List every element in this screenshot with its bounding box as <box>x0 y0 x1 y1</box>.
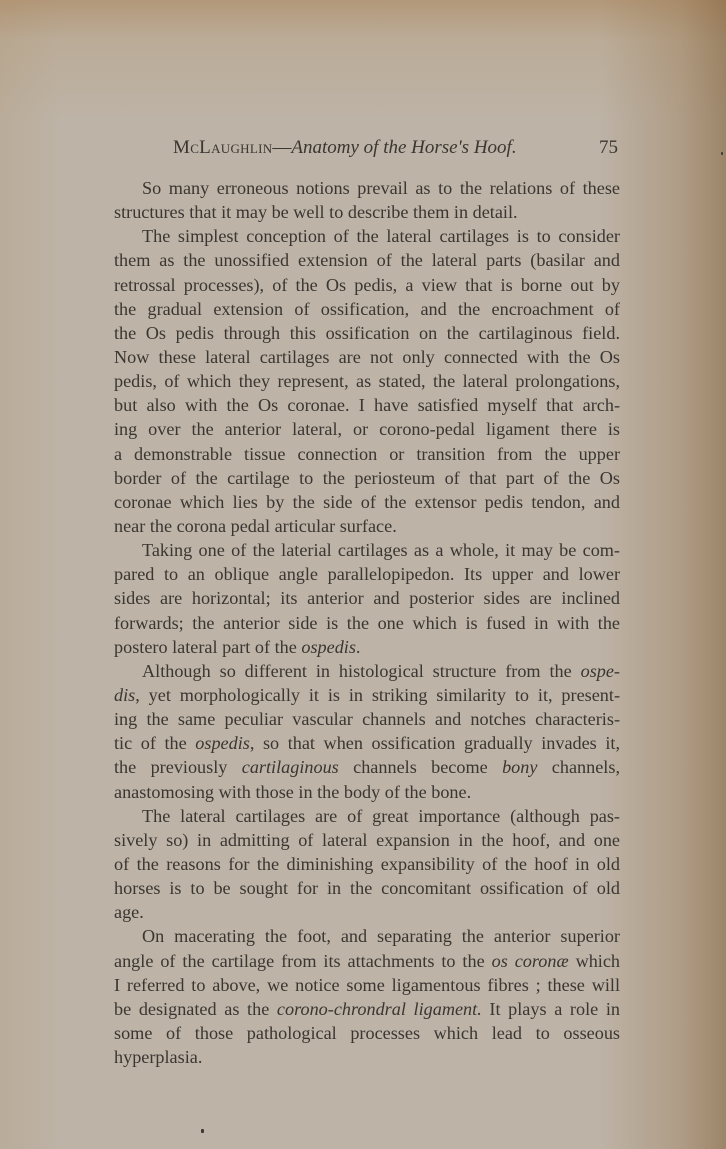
text-line: pared to an oblique angle parallelopiped… <box>114 562 620 586</box>
text-line: anastomosing with those in the body of t… <box>114 780 620 804</box>
page-body: So many erroneous notions prevail as to … <box>114 176 620 1069</box>
text-line: but also with the Os coronae. I have sat… <box>114 393 620 417</box>
text-line: hyperplasia. <box>114 1045 620 1069</box>
text-line: some of those pathological processes whi… <box>114 1021 620 1045</box>
italic-term: ospedis <box>301 637 356 657</box>
italic-term: os coronæ <box>492 951 569 971</box>
text-line: near the corona pedal articular surface. <box>114 514 620 538</box>
text-span: angle of the cartilage from its attachme… <box>114 951 492 971</box>
paragraph-5: The lateral cartilages are of great impo… <box>114 804 620 925</box>
text-line: Taking one of the laterial cartilages as… <box>114 538 620 562</box>
text-span: . <box>356 637 361 657</box>
text-span: tic of the <box>114 733 195 753</box>
text-line: coronae which lies by the side of the ex… <box>114 490 620 514</box>
ink-speck <box>721 152 723 155</box>
paragraph-4: Although so different in histological st… <box>114 659 620 804</box>
text-span: , so that when ossification gradually in… <box>250 733 620 753</box>
header-author: McLaughlin <box>173 137 272 158</box>
text-line: The simplest conception of the lateral c… <box>114 224 620 248</box>
text-span: channels become <box>339 757 502 777</box>
running-header: McLaughlin—Anatomy of the Horse's Hoof. … <box>173 136 618 160</box>
text-line: ing the same peculiar vascular channels … <box>114 707 620 731</box>
text-line: pedis, of which they represent, as state… <box>114 369 620 393</box>
paragraph-1: So many erroneous notions prevail as to … <box>114 176 620 224</box>
text-line: I referred to above, we notice some liga… <box>114 973 620 997</box>
text-line: border of the cartilage to the periosteu… <box>114 466 620 490</box>
text-span: , yet morphologically it is in striking … <box>135 685 620 705</box>
text-line: On macerating the foot, and separating t… <box>114 924 620 948</box>
text-line: be designated as the corono-chrondral li… <box>114 997 620 1021</box>
ink-speck <box>201 1129 204 1133</box>
header-dash: — <box>272 137 291 158</box>
text-span: be designated as the <box>114 999 277 1019</box>
italic-term: cartilaginous <box>242 757 339 777</box>
italic-term: dis <box>114 685 135 705</box>
text-span: channels, <box>537 757 620 777</box>
header-title: Anatomy of the Horse's Hoof. <box>291 137 516 158</box>
italic-term: ospe- <box>581 661 620 681</box>
text-line: the previously cartilaginous channels be… <box>114 755 620 779</box>
text-line: a demonstrable tissue connection or tran… <box>114 442 620 466</box>
text-line: postero lateral part of the ospedis. <box>114 635 620 659</box>
page-number: 75 <box>599 136 618 160</box>
paragraph-6: On macerating the foot, and separating t… <box>114 924 620 1069</box>
italic-term: ospedis <box>195 733 250 753</box>
text-line: The lateral cartilages are of great impo… <box>114 804 620 828</box>
book-page: McLaughlin—Anatomy of the Horse's Hoof. … <box>0 0 726 1149</box>
text-line: retrossal processes), of the Os pedis, a… <box>114 273 620 297</box>
text-line: tic of the ospedis, so that when ossific… <box>114 731 620 755</box>
paragraph-3: Taking one of the laterial cartilages as… <box>114 538 620 659</box>
text-line: dis, yet morphologically it is in striki… <box>114 683 620 707</box>
text-span: the previously <box>114 757 242 777</box>
text-line: age. <box>114 900 620 924</box>
text-line: ing over the anterior lateral, or corono… <box>114 417 620 441</box>
text-line: Although so different in histological st… <box>114 659 620 683</box>
italic-term: bony <box>502 757 537 777</box>
text-line: forwards; the anterior side is the one w… <box>114 611 620 635</box>
text-line: them as the unossified extension of the … <box>114 248 620 272</box>
text-line: So many erroneous notions prevail as to … <box>114 176 620 200</box>
text-span: postero lateral part of the <box>114 637 301 657</box>
paragraph-2: The simplest conception of the lateral c… <box>114 224 620 538</box>
text-line: the Os pedis through this ossification o… <box>114 321 620 345</box>
text-line: of the reasons for the diminishing expan… <box>114 852 620 876</box>
text-line: angle of the cartilage from its attachme… <box>114 949 620 973</box>
text-line: the gradual extension of ossification, a… <box>114 297 620 321</box>
text-line: horses is to be sought for in the concom… <box>114 876 620 900</box>
text-span: It plays a role in <box>482 999 620 1019</box>
text-line: sively so) in admitting of lateral expan… <box>114 828 620 852</box>
text-line: Now these lateral cartilages are not onl… <box>114 345 620 369</box>
text-line: sides are horizontal; its anterior and p… <box>114 586 620 610</box>
text-span: Although so different in histological st… <box>142 661 581 681</box>
italic-term: corono-chrondral ligament. <box>277 999 482 1019</box>
text-span: which <box>569 951 620 971</box>
text-line: structures that it may be well to descri… <box>114 200 620 224</box>
